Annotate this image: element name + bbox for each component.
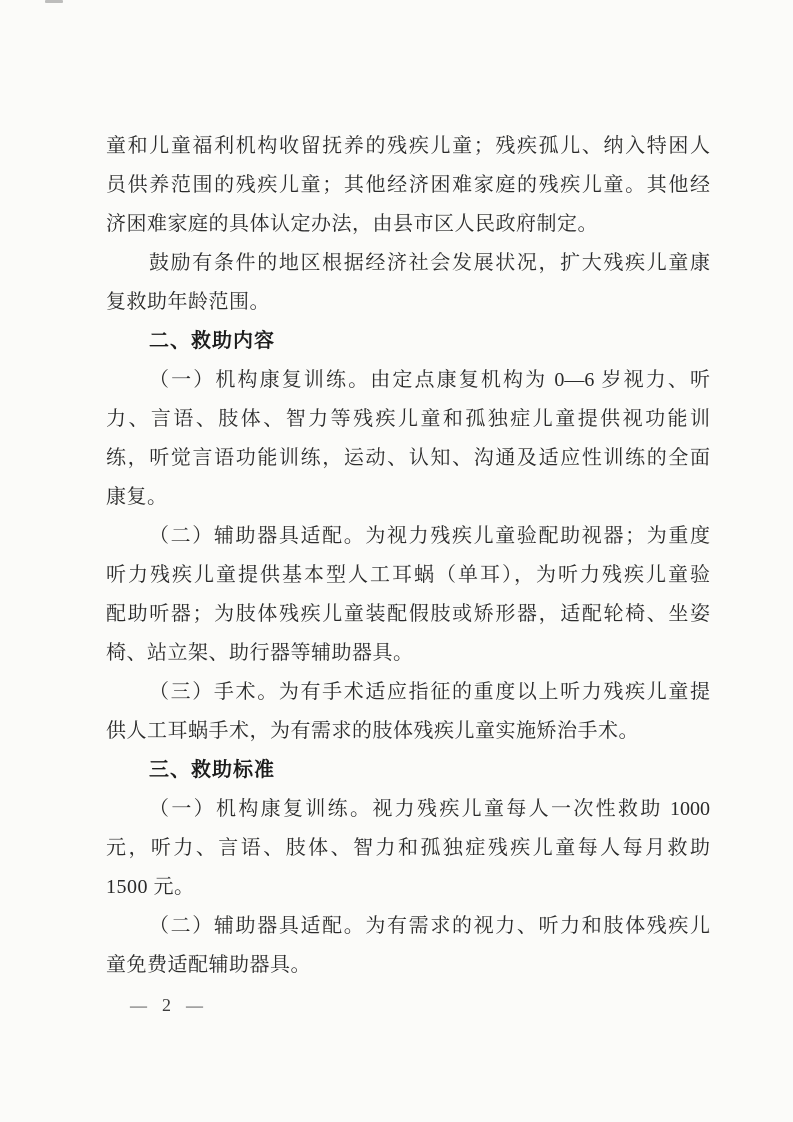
text-line: 济困难家庭的具体认定办法，由县市区人民政府制定。 — [106, 205, 710, 244]
text-line: 元，听力、言语、肢体、智力和孤独症残疾儿童每人每月救助 — [106, 829, 710, 868]
text-line: 员供养范围的残疾儿童；其他经济困难家庭的残疾儿童。其他经 — [106, 166, 710, 205]
text-line: 复救助年龄范围。 — [106, 283, 710, 322]
page-number: — 2 — — [130, 986, 203, 1024]
text-line: 童免费适配辅助器具。 — [106, 946, 710, 985]
text-line: （二）辅助器具适配。为视力残疾儿童验配助视器；为重度 — [106, 517, 710, 556]
page-number-dash-left: — — [130, 997, 147, 1014]
page-number-value: 2 — [162, 995, 171, 1016]
text-line: 三、救助标准 — [106, 751, 710, 790]
text-line: 配助听器；为肢体残疾儿童装配假肢或矫形器，适配轮椅、坐姿 — [106, 595, 710, 634]
text-line: 供人工耳蜗手术，为有需求的肢体残疾儿童实施矫治手术。 — [106, 712, 710, 751]
text-line: 童和儿童福利机构收留抚养的残疾儿童；残疾孤儿、纳入特困人 — [106, 127, 710, 166]
document-body: 童和儿童福利机构收留抚养的残疾儿童；残疾孤儿、纳入特困人员供养范围的残疾儿童；其… — [106, 127, 710, 985]
document-page: 童和儿童福利机构收留抚养的残疾儿童；残疾孤儿、纳入特困人员供养范围的残疾儿童；其… — [0, 0, 793, 1122]
text-line: 二、救助内容 — [106, 322, 710, 361]
text-line: 听力残疾儿童提供基本型人工耳蜗（单耳），为听力残疾儿童验 — [106, 556, 710, 595]
text-line: （三）手术。为有手术适应指征的重度以上听力残疾儿童提 — [106, 673, 710, 712]
text-line: （二）辅助器具适配。为有需求的视力、听力和肢体残疾儿 — [106, 907, 710, 946]
text-line: 鼓励有条件的地区根据经济社会发展状况，扩大残疾儿童康 — [106, 244, 710, 283]
text-line: 1500 元。 — [106, 868, 710, 907]
text-line: 练，听觉言语功能训练，运动、认知、沟通及适应性训练的全面 — [106, 439, 710, 478]
text-line: 康复。 — [106, 478, 710, 517]
scan-artifact — [45, 0, 63, 3]
text-line: 力、言语、肢体、智力等残疾儿童和孤独症儿童提供视功能训 — [106, 400, 710, 439]
text-line: （一）机构康复训练。由定点康复机构为 0—6 岁视力、听 — [106, 361, 710, 400]
text-line: 椅、站立架、助行器等辅助器具。 — [106, 634, 710, 673]
text-line: （一）机构康复训练。视力残疾儿童每人一次性救助 1000 — [106, 790, 710, 829]
page-number-dash-right: — — [186, 997, 203, 1014]
